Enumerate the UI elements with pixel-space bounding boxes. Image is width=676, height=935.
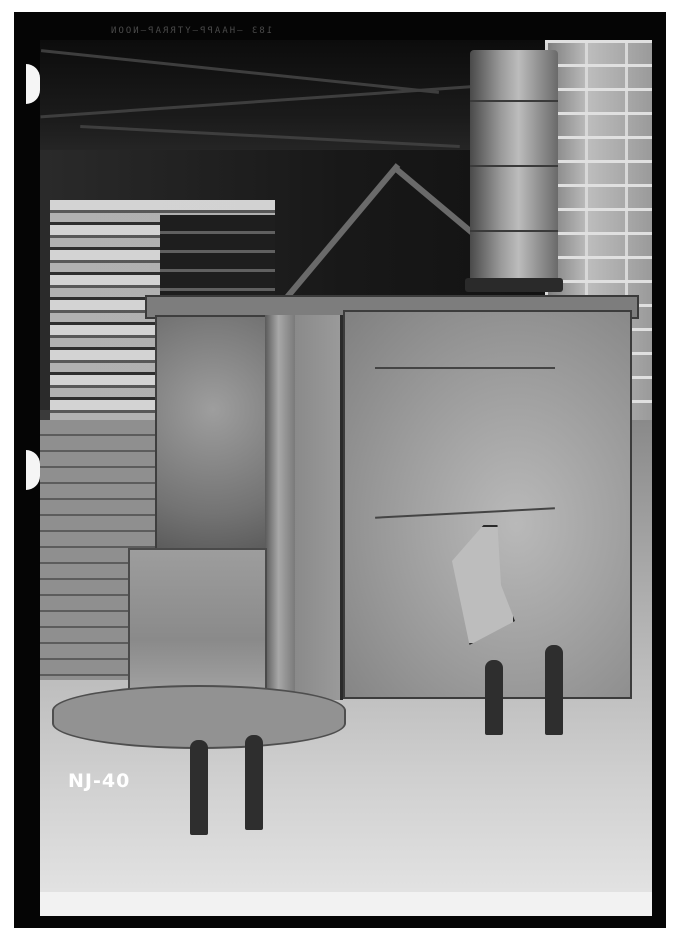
stove-side-panel [295, 315, 343, 700]
photograph: NJ-40 [40, 40, 652, 892]
film-edge-print: 183 —HAAPP—YTRRAP—NOON [109, 26, 272, 36]
stove-leg [545, 645, 563, 735]
ash-door [128, 548, 267, 702]
stove-leg [190, 740, 208, 835]
catalog-label: NJ-40 [68, 770, 130, 792]
film-bottom-strip [40, 892, 652, 916]
stove-ornamental-panel [155, 315, 271, 551]
stove-column [265, 315, 295, 705]
stove-pipe [470, 50, 558, 290]
stove-leg [245, 735, 263, 830]
stove-front-panel [343, 310, 632, 699]
pipe-collar [465, 278, 563, 292]
stove-leg [485, 660, 503, 735]
